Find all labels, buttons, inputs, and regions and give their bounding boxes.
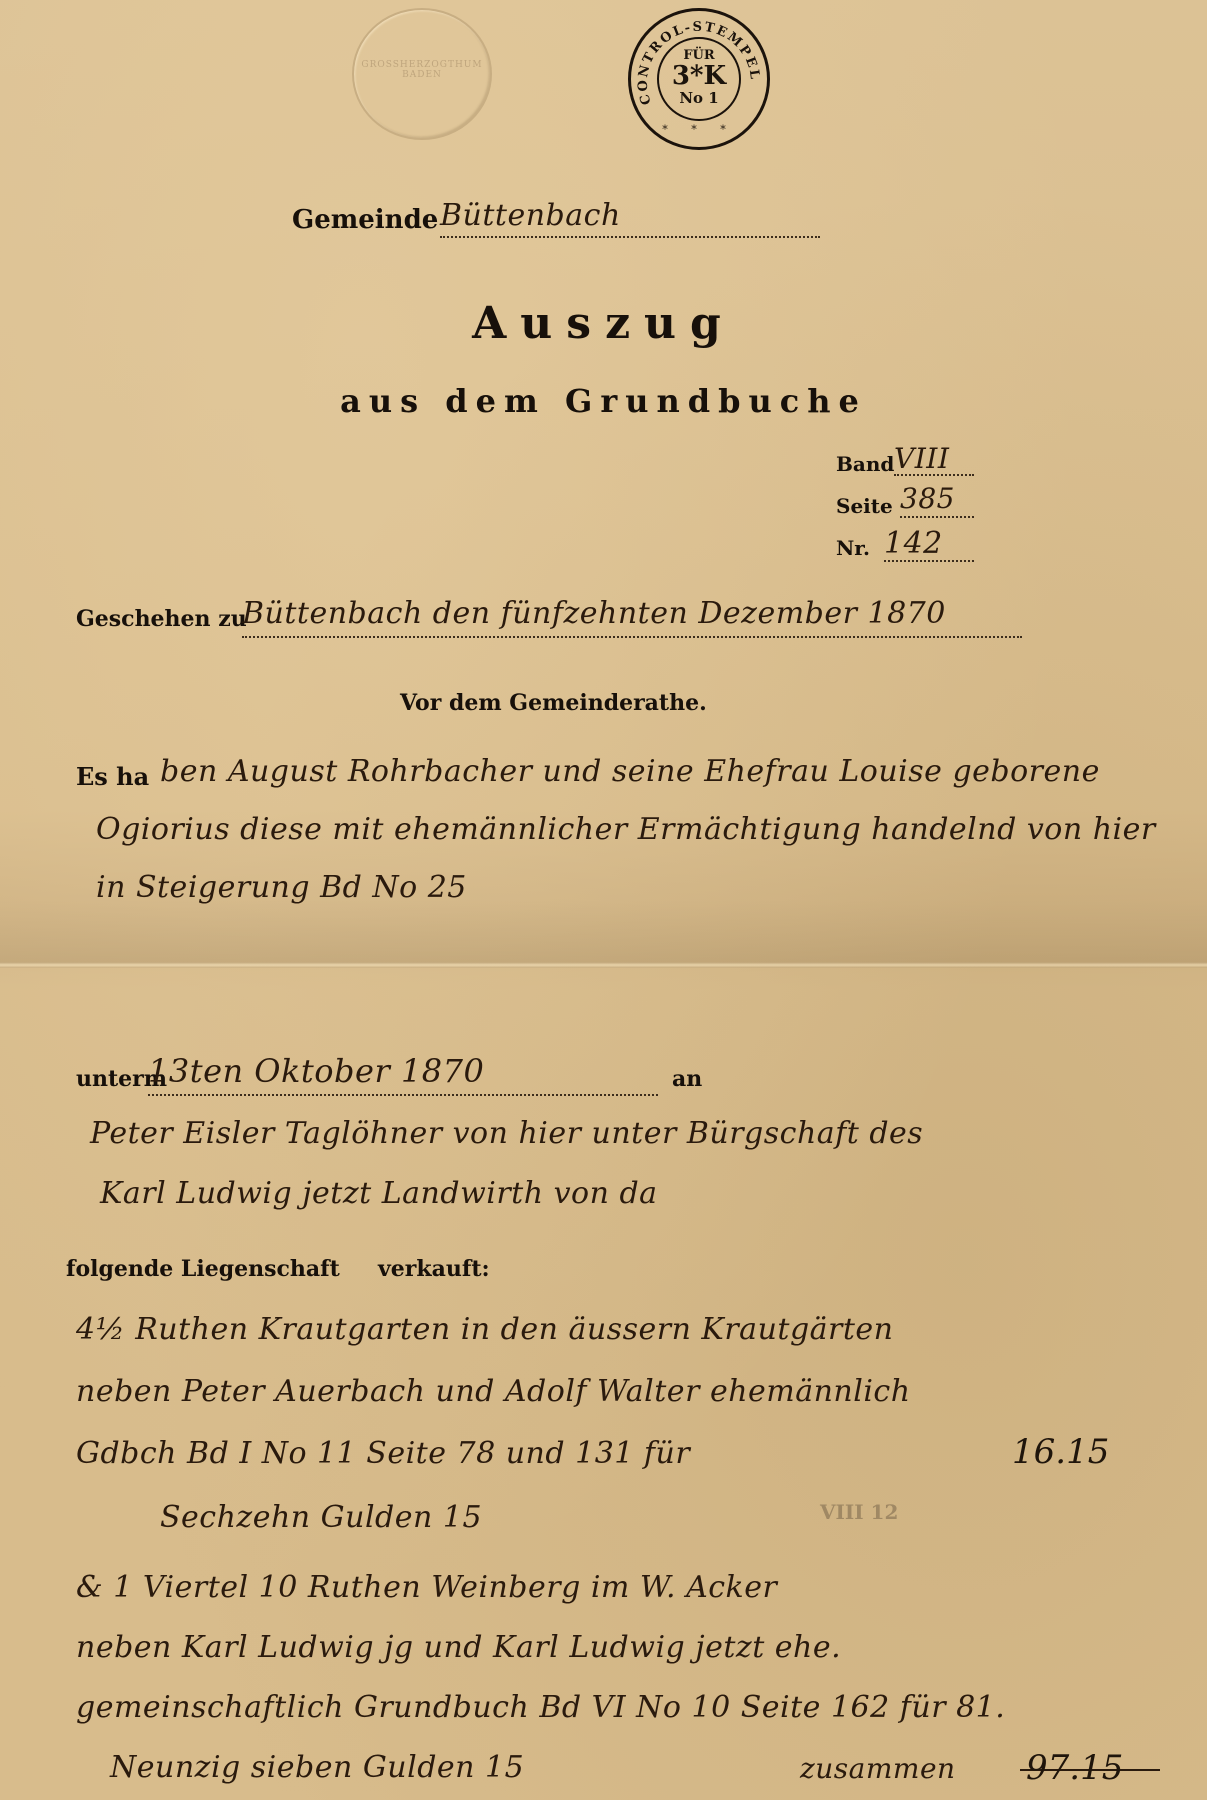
item-1-line-2: neben Peter Auerbach und Adolf Walter eh…: [76, 1374, 911, 1409]
buyer-line-1: Peter Eisler Taglöhner von hier unter Bü…: [90, 1116, 923, 1151]
verkauft-label: verkauft:: [378, 1256, 490, 1282]
gemeinde-value: Büttenbach: [440, 198, 820, 238]
es-hat-line-2: Ogiorius diese mit ehemännlicher Ermächt…: [96, 812, 1156, 847]
seite-value: 385: [900, 482, 974, 518]
vor-dem-gemeinderathe: Vor dem Gemeinderathe.: [400, 690, 707, 716]
item-2-amount-words: Neunzig sieben Gulden 15: [110, 1750, 524, 1785]
band-label: Band: [836, 452, 894, 476]
item-1-amount: 16.15: [1012, 1432, 1109, 1472]
geschehen-value: Büttenbach den fünfzehnten Dezember 1870: [242, 596, 1022, 638]
nr-value: 142: [884, 526, 974, 562]
buyer-line-2: Karl Ludwig jetzt Landwirth von da: [100, 1176, 658, 1211]
item-1-line-1: 4½ Ruthen Krautgarten in den äussern Kra…: [76, 1312, 894, 1347]
band-value: VIII: [894, 442, 974, 476]
seal-text: GROSSHERZOGTHUM BADEN: [354, 60, 490, 80]
item-2-line-3: gemeinschaftlich Grundbuch Bd VI No 10 S…: [76, 1690, 1005, 1725]
bleed-through-text: VIII 12: [820, 1500, 898, 1524]
item-1-line-3: Gdbch Bd I No 11 Seite 78 und 131 für: [76, 1436, 690, 1471]
stamp-stars: * * *: [631, 123, 767, 136]
es-hat-line-1: ben August Rohrbacher und seine Ehefrau …: [160, 754, 1100, 789]
control-stamp: CONTROL-STEMPEL FÜR 3*K No 1 * * *: [628, 8, 770, 150]
nr-label: Nr.: [836, 536, 870, 560]
embossed-seal-icon: GROSSHERZOGTHUM BADEN: [352, 8, 492, 140]
total-amount: 97.15: [1026, 1748, 1123, 1788]
unterm-date: 13ten Oktober 1870: [148, 1052, 658, 1096]
document-subtitle: aus dem Grundbuche: [0, 382, 1207, 420]
stamp-value: 3*K: [659, 63, 739, 89]
fold-line: [0, 962, 1207, 968]
es-hat-label: Es ha: [76, 762, 149, 791]
total-label: zusammen: [800, 1752, 956, 1785]
seite-label: Seite: [836, 494, 893, 518]
es-hat-line-3: in Steigerung Bd No 25: [96, 870, 467, 905]
item-2-line-1: & 1 Viertel 10 Ruthen Weinberg im W. Ack…: [76, 1570, 777, 1605]
unterm-suffix: an: [672, 1066, 702, 1092]
item-2-line-2: neben Karl Ludwig jg und Karl Ludwig jet…: [76, 1630, 841, 1665]
stamp-number: No 1: [659, 89, 739, 107]
item-1-amount-words: Sechzehn Gulden 15: [160, 1500, 482, 1535]
geschehen-label: Geschehen zu: [76, 606, 247, 632]
document-page: GROSSHERZOGTHUM BADEN CONTROL-STEMPEL FÜ…: [0, 0, 1207, 1800]
liegenschaft-label: folgende Liegenschaft: [66, 1256, 340, 1282]
gemeinde-label: Gemeinde: [292, 205, 438, 235]
document-title: Auszug: [0, 298, 1207, 349]
stamp-center: FÜR 3*K No 1: [657, 37, 741, 121]
fold-shadow: [0, 900, 1207, 962]
